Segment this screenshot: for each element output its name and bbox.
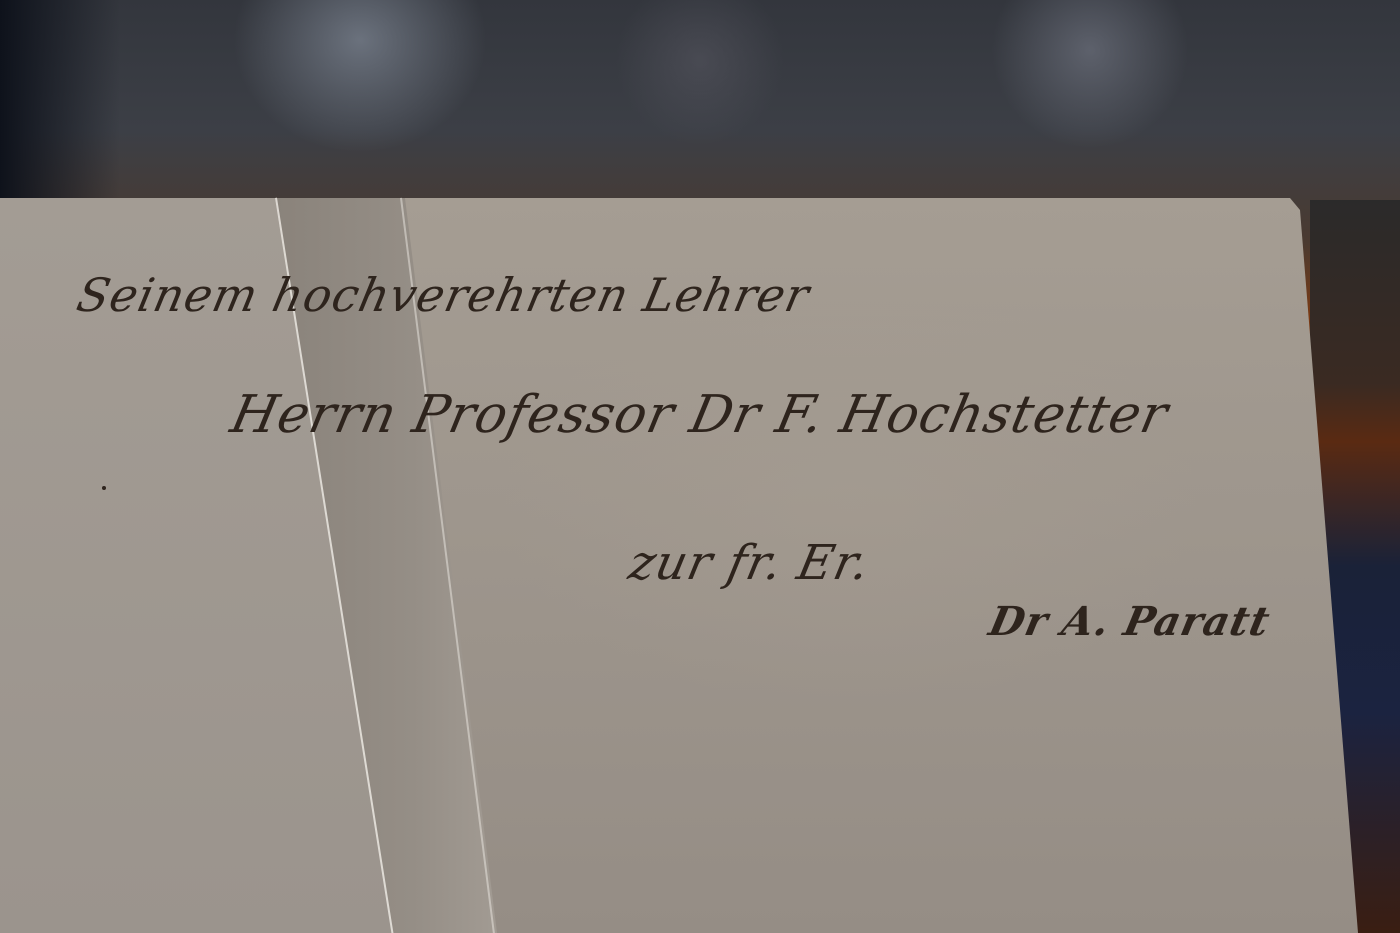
inscription-signature: Dr A. Paratt (985, 598, 1274, 645)
inscription-line-remembrance: zur fr. Er. (624, 535, 875, 591)
inscription-line-recipient: Herrn Professor Dr F. Hochstetter (226, 385, 1174, 445)
ink-dot (102, 486, 106, 490)
background-shadow (0, 0, 120, 200)
inscription-line-dedication: Seinem hochverehrten Lehrer (72, 268, 814, 322)
